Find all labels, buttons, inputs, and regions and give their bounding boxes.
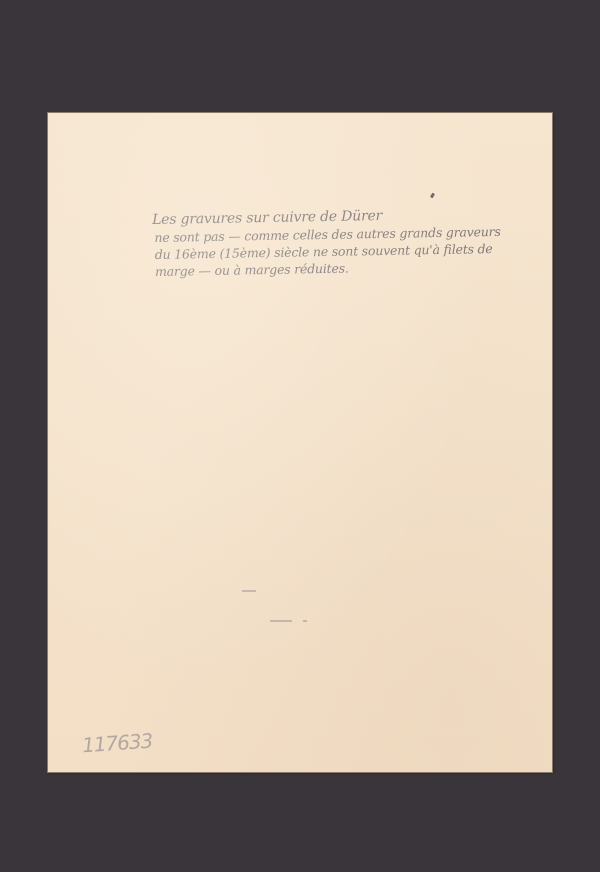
dark-mat-background: Les gravures sur cuivre de Dürer ne sont…: [0, 0, 600, 872]
handwritten-note: Les gravures sur cuivre de Dürer ne sont…: [152, 207, 453, 280]
inventory-number: 117633: [81, 729, 153, 758]
pencil-stray-mark: [430, 193, 435, 199]
faint-mark-2: [270, 620, 292, 622]
paper-sheet: Les gravures sur cuivre de Dürer ne sont…: [48, 113, 552, 772]
faint-mark-3: [303, 620, 307, 622]
faint-mark-1: [242, 590, 256, 592]
